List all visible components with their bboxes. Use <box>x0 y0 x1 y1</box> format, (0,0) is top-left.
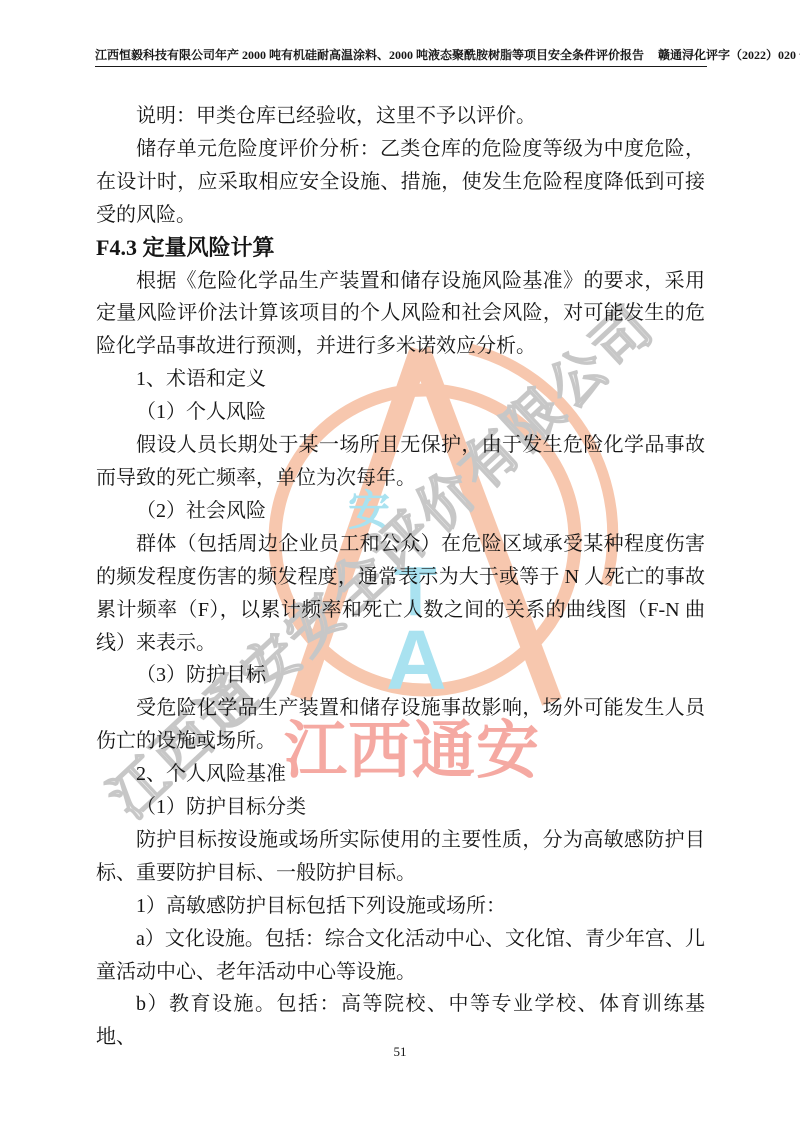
paragraph: （1）防护目标分类 <box>96 791 705 824</box>
paragraph: 受危险化学品生产装置和储存设施事故影响，场外可能发生人员伤亡的设施或场所。 <box>96 692 705 758</box>
paragraph: 假设人员长期处于某一场所且无保护，由于发生危险化学品事故而导致的死亡频率，单位为… <box>96 429 705 495</box>
section-heading: F4.3 定量风险计算 <box>96 232 705 265</box>
paragraph: 2、个人风险基准 <box>96 758 705 791</box>
page-number: 51 <box>394 1044 407 1059</box>
paragraph: 储存单元危险度评价分析：乙类仓库的危险度等级为中度危险，在设计时，应采取相应安全… <box>96 133 705 232</box>
paragraph: （2）社会风险 <box>96 495 705 528</box>
paragraph: 说明：甲类仓库已经验收，这里不予以评价。 <box>96 100 705 133</box>
paragraph: 1、术语和定义 <box>96 363 705 396</box>
paragraph: （1）个人风险 <box>96 396 705 429</box>
header-report-title: 江西恒毅科技有限公司年产 2000 吨有机硅耐高温涂料、2000 吨液态聚酰胺树… <box>95 47 644 63</box>
paragraph: 防护目标按设施或场所实际使用的主要性质，分为高敏感防护目标、重要防护目标、一般防… <box>96 824 705 890</box>
document-page: 安 T A 江西通安 江西通安安全评价有限公司 江西恒毅科技有限公司年产 200… <box>0 0 800 1131</box>
paragraph: 1）高敏感防护目标包括下列设施或场所： <box>96 890 705 923</box>
document-body: 说明：甲类仓库已经验收，这里不予以评价。 储存单元危险度评价分析：乙类仓库的危险… <box>96 100 705 1054</box>
paragraph: 群体（包括周边企业员工和公众）在危险区域承受某种程度伤害的频发程度伤害的频发程度… <box>96 528 705 660</box>
running-header: 江西恒毅科技有限公司年产 2000 吨有机硅耐高温涂料、2000 吨液态聚酰胺树… <box>95 47 707 67</box>
header-document-number: 赣通浔化评字（2022）020 号 <box>644 47 800 63</box>
paragraph: a）文化设施。包括：综合文化活动中心、文化馆、青少年宫、儿童活动中心、老年活动中… <box>96 923 705 989</box>
page-footer: 51 <box>0 1044 800 1060</box>
paragraph: 根据《危险化学品生产装置和储存设施风险基准》的要求，采用定量风险评价法计算该项目… <box>96 265 705 364</box>
paragraph: （3）防护目标 <box>96 659 705 692</box>
